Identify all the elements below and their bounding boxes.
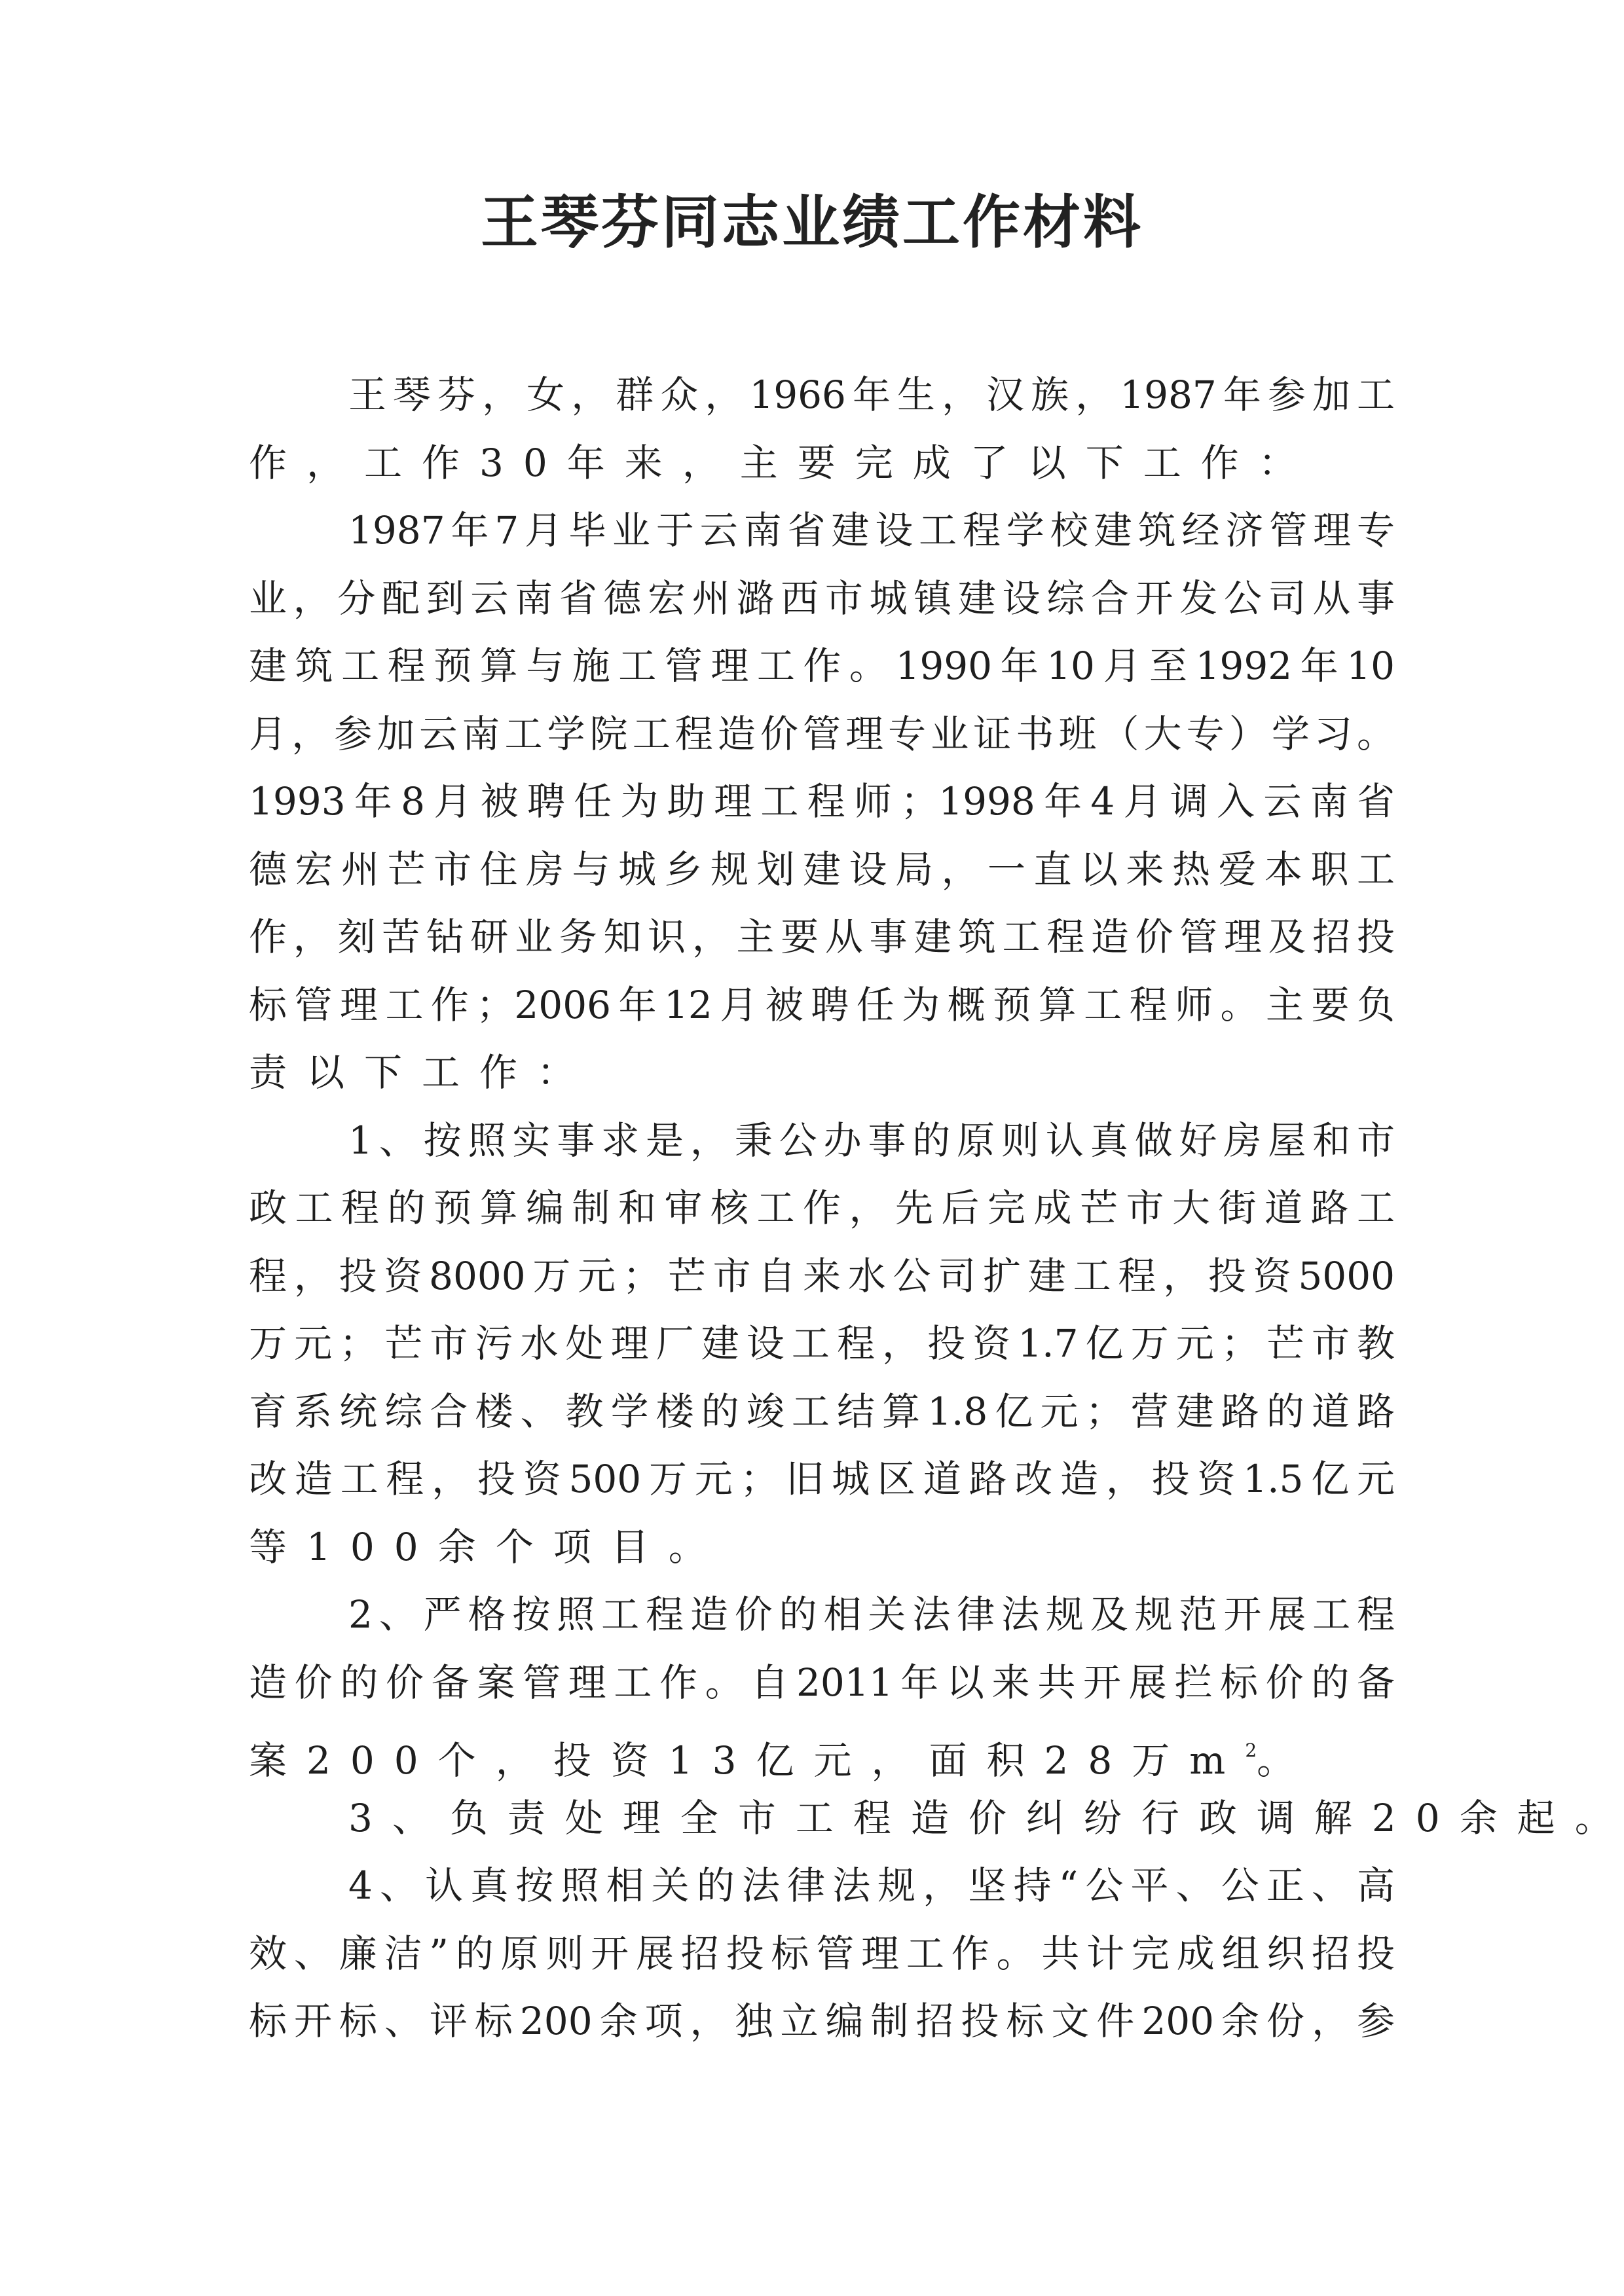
text-line: 4、认真按照相关的法律法规，坚持“公平、公正、高 [249, 1852, 1395, 1920]
text-line: 万元；芒市污水处理厂建设工程，投资1.7亿万元；芒市教 [249, 1310, 1395, 1378]
text-line: 王琴芬，女，群众，1966年生，汉族，1987年参加工 [249, 361, 1395, 429]
text-line: 德宏州芒市住房与城乡规划建设局，一直以来热爱本职工 [249, 836, 1395, 904]
text-segment: 。 [1257, 1738, 1314, 1783]
text-line: 业，分配到云南省德宏州潞西市城镇建设综合开发公司从事 [249, 565, 1395, 633]
text-line: 程，投资8000万元；芒市自来水公司扩建工程，投资5000 [249, 1243, 1395, 1311]
text-line: 标管理工作；2006年12月被聘任为概预算工程师。主要负 [249, 972, 1395, 1040]
text-line: 标开标、评标200余项，独立编制招投标文件200余份，参 [249, 1988, 1395, 2056]
paragraph-career: 1987年7月毕业于云南省建设工程学校建筑经济管理专 业，分配到云南省德宏州潞西… [249, 497, 1395, 1107]
text-line: 育系统综合楼、教学楼的竣工结算1.8亿元；营建路的道路 [249, 1378, 1395, 1446]
paragraph-intro: 王琴芬，女，群众，1966年生，汉族，1987年参加工 作，工作30年来，主要完… [249, 361, 1395, 497]
paragraph-item-2: 2、严格按照工程造价的相关法律法规及规范开展工程 造价的价备案管理工作。自201… [249, 1581, 1395, 1785]
text-line: 案200个，投资13亿元，面积28万m2。 [249, 1717, 1395, 1785]
text-line: 造价的价备案管理工作。自2011年以来共开展拦标价的备 [249, 1649, 1395, 1717]
paragraph-item-4: 4、认真按照相关的法律法规，坚持“公平、公正、高 效、廉洁”的原则开展招投标管理… [249, 1852, 1395, 2056]
text-segment: 案200个，投资13亿元，面积28万m [249, 1738, 1245, 1783]
text-line: 3、负责处理全市工程造价纠纷行政调解20余起。 [249, 1785, 1395, 1853]
text-line: 1、按照实事求是，秉公办事的原则认真做好房屋和市 [249, 1107, 1395, 1175]
text-line: 效、廉洁”的原则开展招投标管理工作。共计完成组织招投 [249, 1920, 1395, 1988]
text-line: 政工程的预算编制和审核工作，先后完成芒市大街道路工 [249, 1175, 1395, 1243]
superscript-unit: 2 [1245, 1740, 1257, 1761]
text-line: 责以下工作： [249, 1039, 1395, 1107]
document-page: 王琴芬同志业绩工作材料 王琴芬，女，群众，1966年生，汉族，1987年参加工 … [0, 0, 1624, 2296]
text-line: 2、严格按照工程造价的相关法律法规及规范开展工程 [249, 1581, 1395, 1649]
text-line: 1993年8月被聘任为助理工程师；1998年4月调入云南省 [249, 768, 1395, 836]
text-line: 1987年7月毕业于云南省建设工程学校建筑经济管理专 [249, 497, 1395, 565]
document-title: 王琴芬同志业绩工作材料 [0, 190, 1624, 255]
text-line: 月，参加云南工学院工程造价管理专业证书班（大专）学习。 [249, 701, 1395, 769]
document-body: 王琴芬，女，群众，1966年生，汉族，1987年参加工 作，工作30年来，主要完… [249, 361, 1395, 2056]
paragraph-item-1: 1、按照实事求是，秉公办事的原则认真做好房屋和市 政工程的预算编制和审核工作，先… [249, 1107, 1395, 1582]
paragraph-item-3: 3、负责处理全市工程造价纠纷行政调解20余起。 [249, 1785, 1395, 1853]
text-line: 等100余个项目。 [249, 1514, 1395, 1582]
text-line: 作，工作30年来，主要完成了以下工作： [249, 429, 1395, 498]
text-line: 改造工程，投资500万元；旧城区道路改造，投资1.5亿元 [249, 1446, 1395, 1514]
text-line: 作，刻苦钻研业务知识，主要从事建筑工程造价管理及招投 [249, 903, 1395, 972]
text-line: 建筑工程预算与施工管理工作。1990年10月至1992年10 [249, 632, 1395, 701]
